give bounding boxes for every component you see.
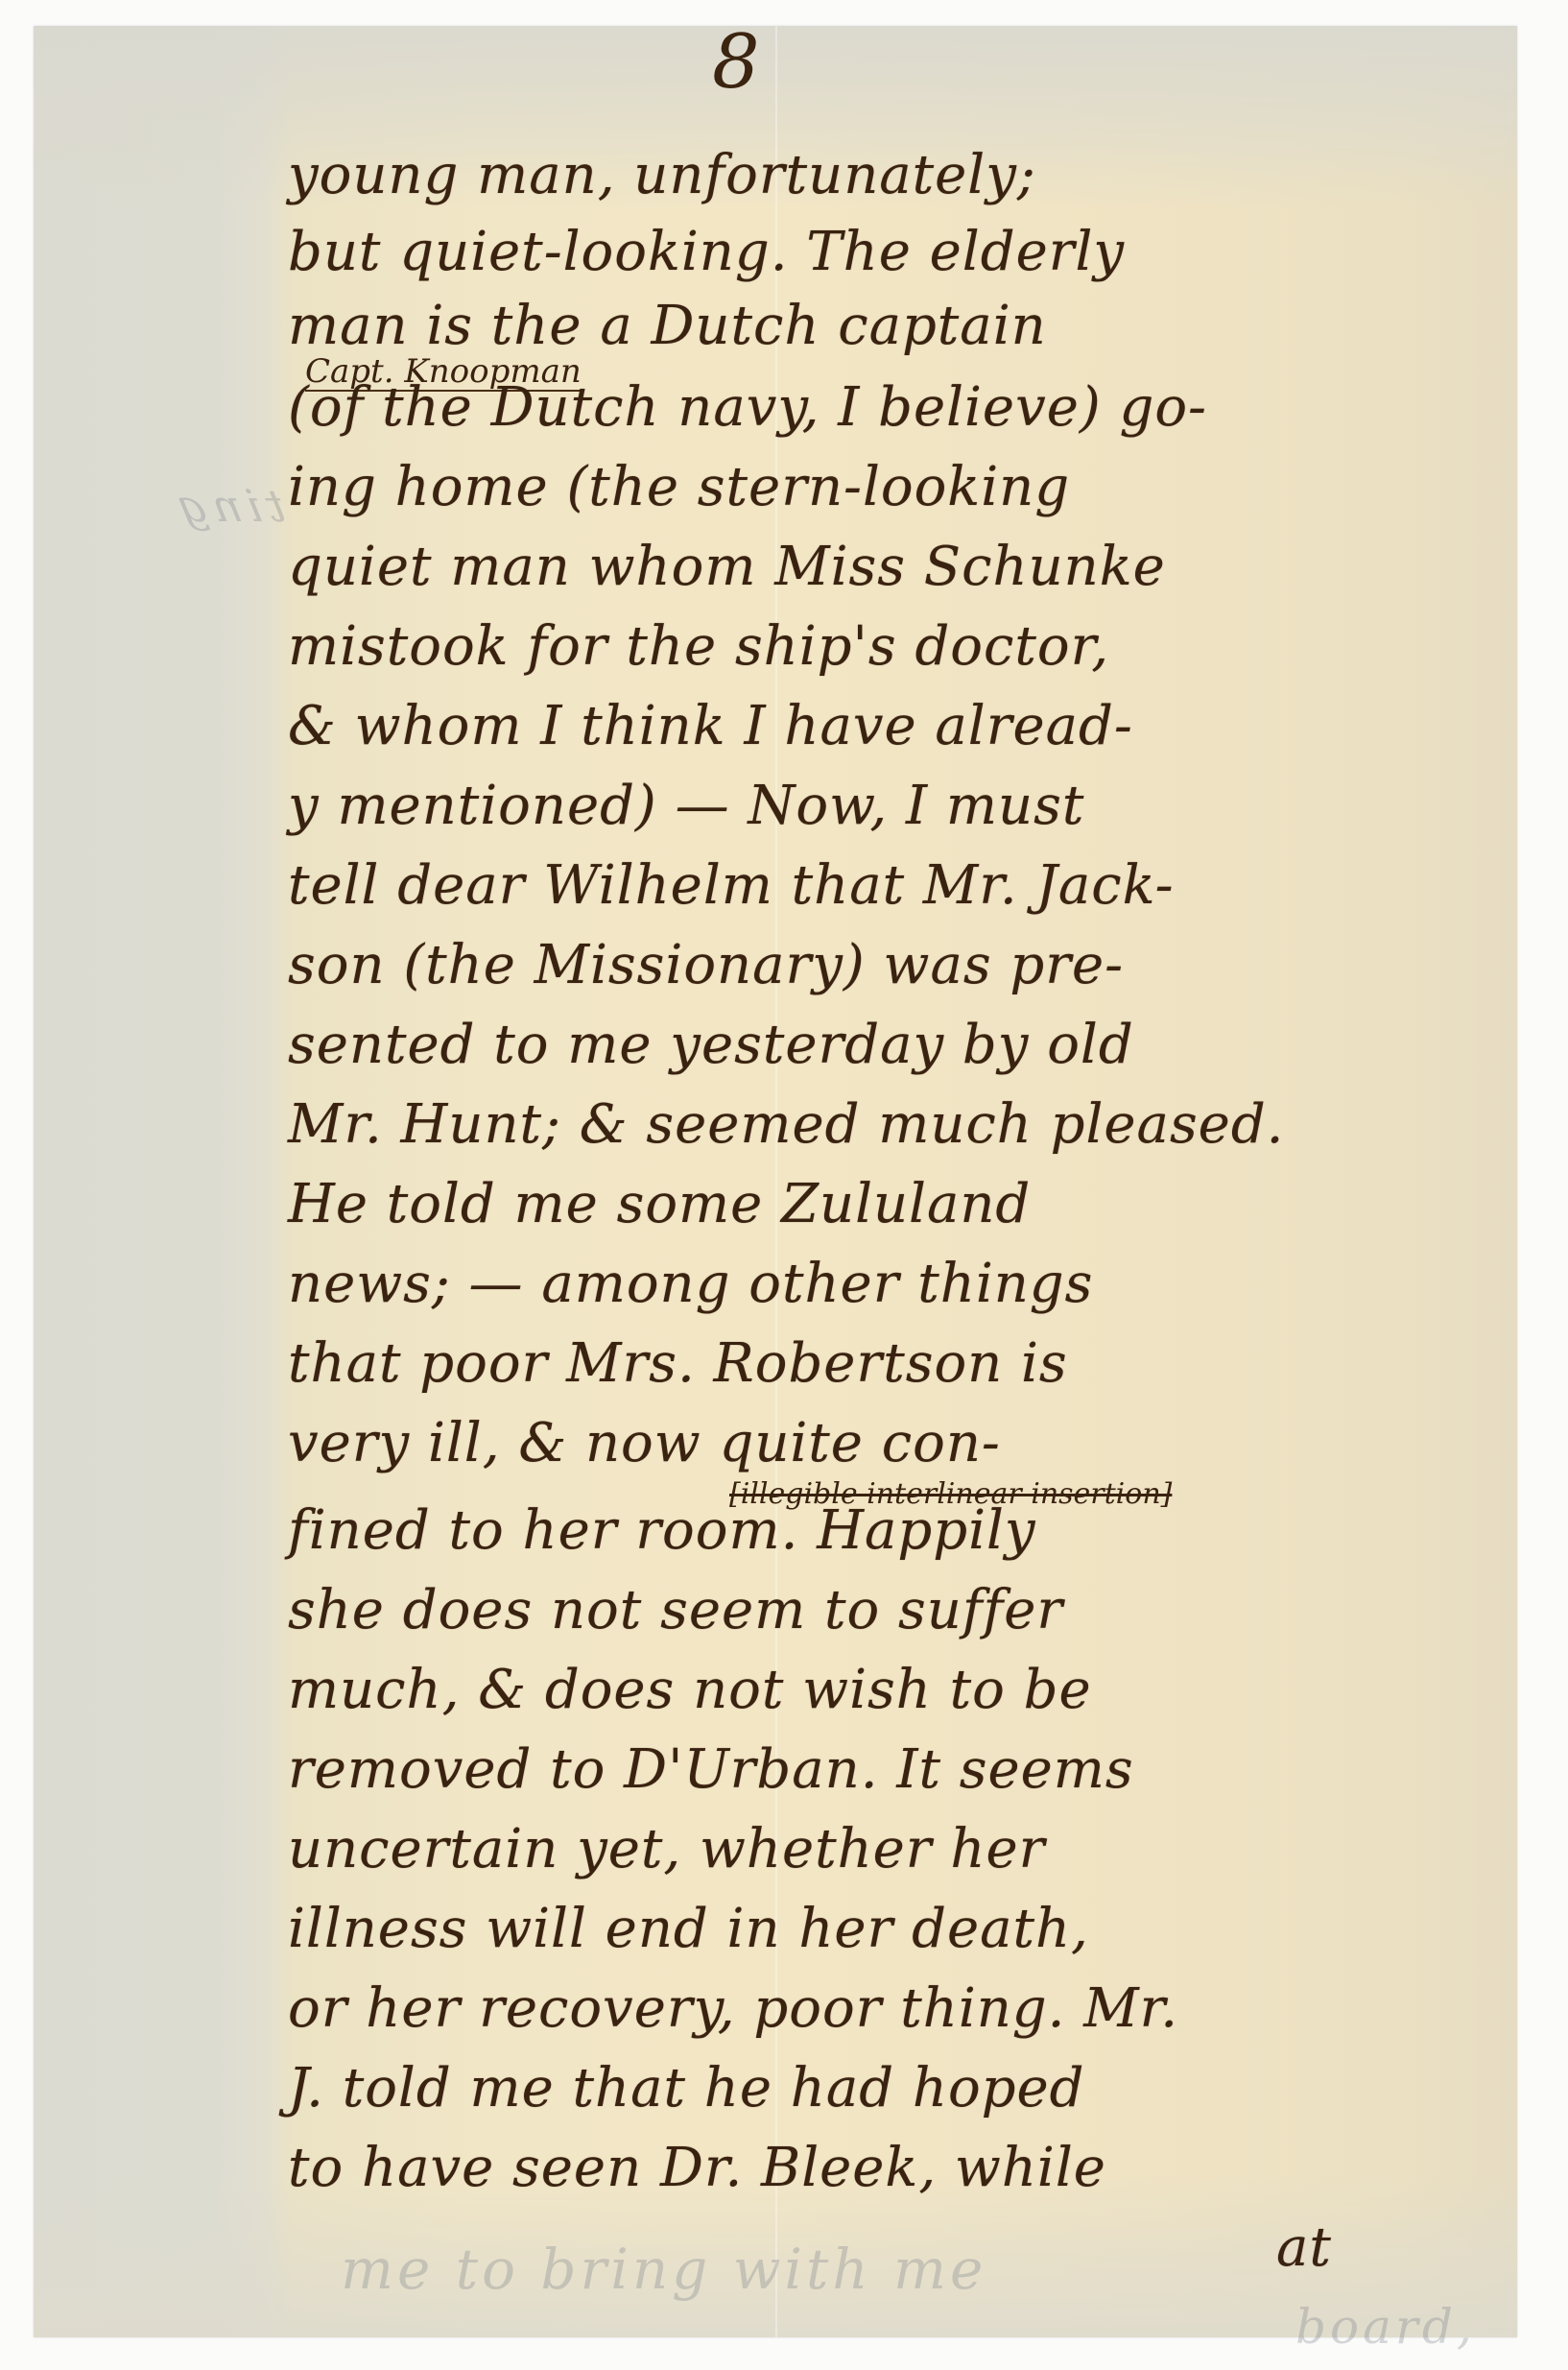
text-line-17: very ill, & now quite con- xyxy=(288,1410,1511,1477)
bleed-through-bottom-text: me to bring with me xyxy=(341,2237,986,2302)
text-line-13: Mr. Hunt; & seemed much pleased. xyxy=(288,1091,1511,1159)
text-line-6: quiet man whom Miss Schunke xyxy=(288,534,1511,601)
text-line-3-content: man is the a Dutch captain xyxy=(288,295,1047,357)
text-line-4: (of the Dutch navy, I believe) go- xyxy=(288,374,1511,442)
text-line-8: & whom I think I have alread- xyxy=(288,693,1511,760)
text-line-25: J. told me that he had hoped xyxy=(288,2055,1511,2122)
text-line-10: tell dear Wilhelm that Mr. Jack- xyxy=(288,852,1511,920)
text-line-2: but quiet-looking. The elderly xyxy=(288,219,1511,286)
text-line-15: news; — among other things xyxy=(288,1251,1511,1318)
text-line-19: she does not seem to suffer xyxy=(288,1577,1511,1644)
bleed-through-board-text: board, xyxy=(1295,2299,1476,2355)
text-line-14: He told me some Zululand xyxy=(288,1171,1511,1238)
text-line-27-catchword: at xyxy=(1276,2214,1468,2282)
text-line-11: son (the Missionary) was pre- xyxy=(288,932,1511,999)
text-line-21: removed to D'Urban. It seems xyxy=(288,1736,1511,1804)
text-line-12: sented to me yesterday by old xyxy=(288,1012,1511,1079)
text-line-1: young man, unfortunately; xyxy=(288,142,1511,209)
text-line-26: to have seen Dr. Bleek, while xyxy=(288,2135,1511,2202)
text-line-24: or her recovery, poor thing. Mr. xyxy=(288,1975,1511,2043)
text-line-20: much, & does not wish to be xyxy=(288,1657,1511,1724)
text-line-16: that poor Mrs. Robertson is xyxy=(288,1330,1511,1398)
page-number: 8 xyxy=(712,19,760,106)
text-line-22: uncertain yet, whether her xyxy=(288,1816,1511,1883)
text-line-23: illness will end in her death, xyxy=(288,1896,1511,1963)
text-line-7: mistook for the ship's doctor, xyxy=(288,613,1511,681)
text-line-5: ing home (the stern-looking xyxy=(288,454,1511,521)
text-line-9: y mentioned) — Now, I must xyxy=(288,773,1511,840)
text-line-18: fined to her room. Happily xyxy=(288,1497,1511,1565)
text-line-3: man is the a Dutch captain xyxy=(288,293,1511,360)
